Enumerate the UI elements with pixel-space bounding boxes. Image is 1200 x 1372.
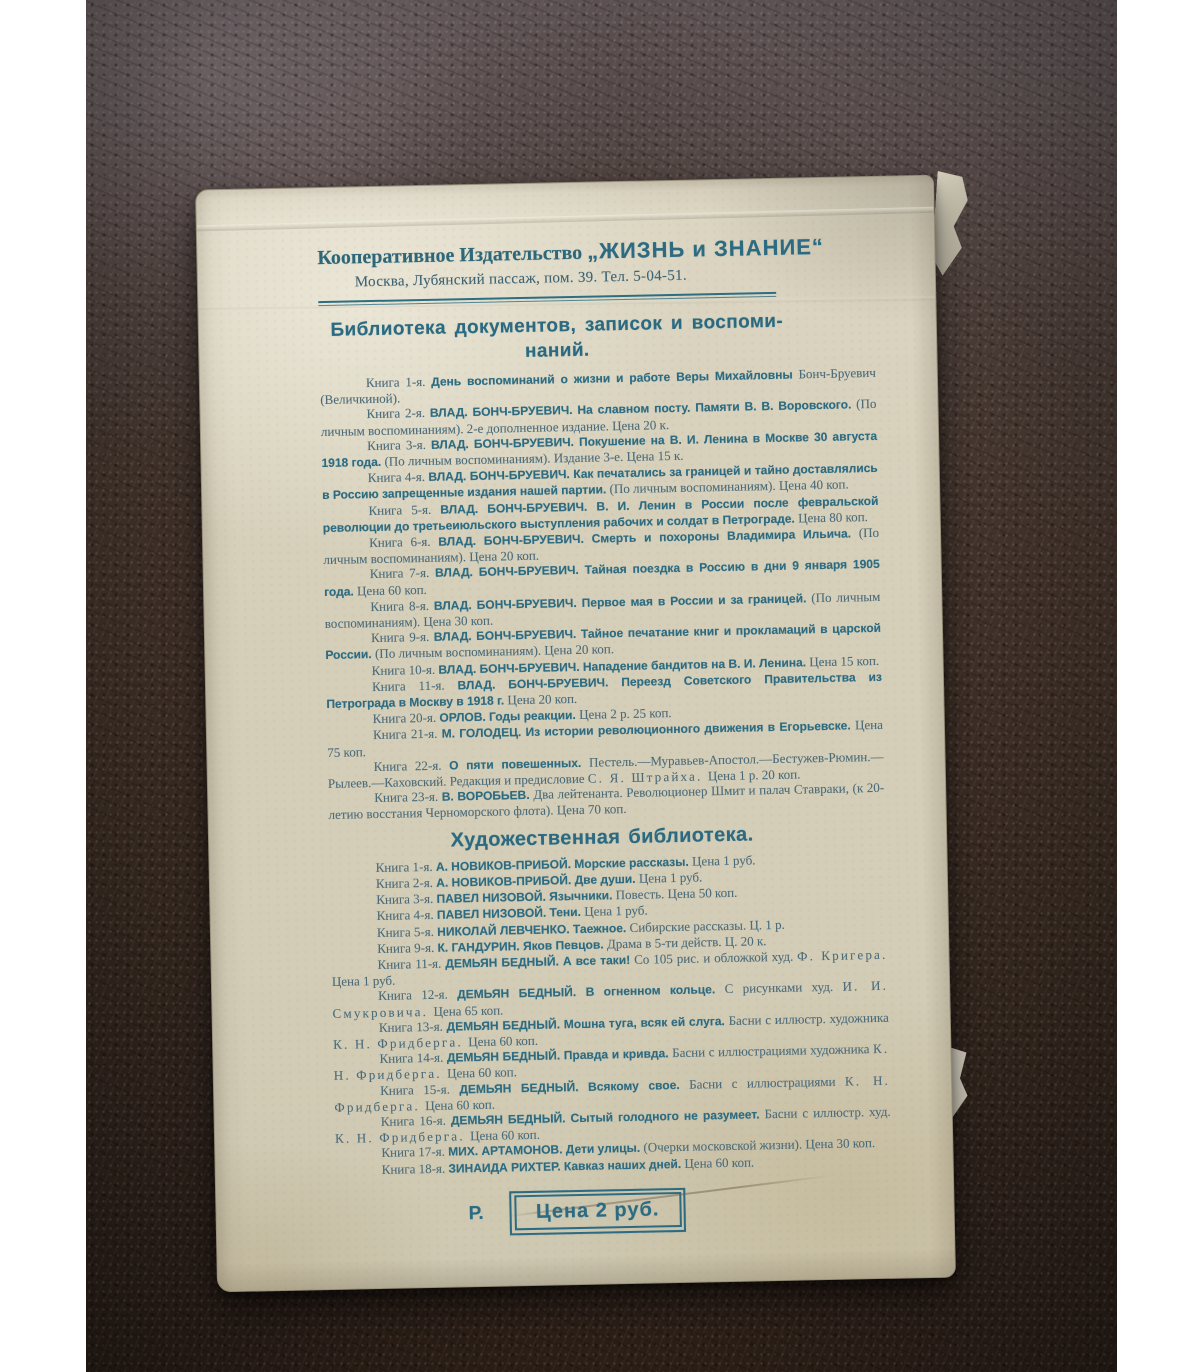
catalog-section: Библиотека документов, записок и воспоми… bbox=[319, 307, 885, 823]
divider-rule bbox=[318, 292, 776, 306]
entry-segment: Яков Певцов. bbox=[523, 937, 607, 953]
entry-segment: Книга 15-я. bbox=[380, 1081, 460, 1098]
entry-segment: Книга 3-я. bbox=[367, 437, 431, 453]
section-title-line: Художественная библиотека. bbox=[329, 820, 875, 855]
entry-segment: Книга 5-я. bbox=[368, 501, 440, 517]
entry-segment: Первое мая в России и за границей. bbox=[582, 591, 812, 610]
entry-segment: Цена 60 коп. bbox=[470, 1127, 540, 1143]
entry-segment: Книга 22-я. bbox=[373, 757, 449, 774]
entry-segment: Всякому свое. bbox=[588, 1077, 689, 1093]
entry-segment: Таежное. bbox=[573, 920, 630, 935]
entry-segment: ВЛАД. БОНЧ-БРУЕВИЧ. bbox=[457, 675, 621, 692]
entry-segment: Басни с иллюстр. худ. bbox=[764, 1104, 890, 1122]
entry-segment: Две души. bbox=[575, 872, 640, 887]
entry-segment: Книга 4-я. bbox=[376, 907, 437, 923]
entry-segment: ДЕМЬЯН БЕДНЫЙ. bbox=[447, 1048, 564, 1064]
entry-segment: На славном посту. Памяти В. В. Воровског… bbox=[577, 398, 856, 418]
entry-segment: Цена 80 коп. bbox=[798, 509, 868, 525]
price-box-label: Цена 2 руб. bbox=[536, 1199, 660, 1224]
entry-segment: Книга 2-я. bbox=[366, 405, 430, 421]
entry-segment: Книга 23-я. bbox=[374, 789, 442, 805]
entry-segment: В. ВОРОБЬЕВ. bbox=[442, 788, 534, 804]
page-crease bbox=[197, 207, 934, 232]
catalog-section: Художественная библиотека.Книга 1-я. А. … bbox=[329, 819, 892, 1178]
entry-segment: ВЛАД. БОНЧ-БРУЕВИЧ. bbox=[431, 435, 579, 452]
entry-segment: ВЛАД. БОНЧ-БРУЕВИЧ. bbox=[434, 627, 581, 644]
entry-segment: Книга 7-я. bbox=[370, 565, 436, 581]
entry-segment: Цена 1 руб. bbox=[584, 903, 648, 919]
entry-segment: Книга 5-я. bbox=[377, 923, 438, 939]
entry-segment: Цена 1 р. 20 коп. bbox=[708, 767, 801, 784]
entry-segment: Книга 18-я. bbox=[382, 1160, 449, 1176]
entry-segment: Драма в 5-ти действ. Ц. 20 к. bbox=[607, 933, 767, 951]
entry-segment: Книга 9-я. bbox=[371, 629, 434, 645]
entry-segment: Книга 3-я. bbox=[376, 891, 437, 907]
entry-segment: Морские рассказы. bbox=[574, 854, 692, 870]
entry-segment: Цена 2 р. 25 коп. bbox=[579, 705, 672, 722]
entry-segment: ДЕМЬЯН БЕДНЫЙ. bbox=[446, 1017, 563, 1033]
price-box: Цена 2 руб. bbox=[509, 1188, 686, 1236]
entry-segment: Книга 11-я. bbox=[377, 956, 445, 972]
photo-canvas: Кооперативное Издательство „ЖИЗНЬ и ЗНАН… bbox=[0, 0, 1200, 1372]
entry-segment: Книга 17-я. bbox=[381, 1144, 448, 1160]
entry-segment: ВЛАД. БОНЧ-БРУЕВИЧ. bbox=[434, 596, 582, 613]
entry-segment: С рисунками худ. bbox=[724, 979, 842, 996]
entry-segment: Книга 6-я. bbox=[369, 534, 438, 550]
entry-segment: Мошна туга, всяк ей слуга. bbox=[564, 1014, 729, 1031]
entry-segment: О пяти повешенных. bbox=[449, 756, 589, 773]
entry-segment: Басни с иллюстрациями художника bbox=[672, 1041, 873, 1060]
entry-segment: М. ГОЛОДЕЦ. bbox=[442, 725, 526, 741]
entry-segment: Цена 1 руб. bbox=[332, 973, 396, 989]
printed-content: Кооперативное Издательство „ЖИЗНЬ и ЗНАН… bbox=[317, 233, 893, 1239]
entry-segment: Повесть. Цена 50 коп. bbox=[616, 885, 738, 902]
torn-corner-flap bbox=[930, 171, 969, 277]
entry-segment: ДЕМЬЯН БЕДНЫЙ. bbox=[457, 985, 586, 1002]
entry-segment: Книга 10-я. bbox=[372, 661, 439, 677]
entry-segment: Книга 13-я. bbox=[379, 1018, 447, 1034]
leather-background: Кооперативное Издательство „ЖИЗНЬ и ЗНАН… bbox=[86, 0, 1117, 1372]
entry-segment: ВЛАД. БОНЧ-БРУЕВИЧ. bbox=[435, 563, 585, 580]
entry-segment: А. НОВИКОВ-ПРИБОЙ. bbox=[436, 857, 575, 874]
entry-segment: ВЛАД. БОНЧ-БРУЕВИЧ. bbox=[428, 467, 573, 484]
entry-segment: ОРЛОВ. bbox=[439, 710, 489, 725]
entry-segment: Цена 60 коп. bbox=[684, 1154, 754, 1170]
entry-segment: (Очерки московской жизни). Цена 30 коп. bbox=[643, 1135, 875, 1155]
entry-segment: Цена 60 коп. bbox=[447, 1065, 517, 1081]
entry-segment: Книга 2-я. bbox=[376, 875, 437, 891]
entry-segment: Смерть и похороны Владимира Ильича. bbox=[591, 526, 858, 545]
entry-segment: Басни с иллюстр. художника bbox=[728, 1009, 888, 1027]
entry-segment: Книга 4-я. bbox=[368, 469, 429, 485]
entry-segment: ВЛАД. БОНЧ-БРУЕВИЧ. bbox=[440, 499, 596, 516]
entry-segment: Язычники. bbox=[549, 888, 616, 903]
entry-segment: Книга 12-я. bbox=[378, 987, 457, 1004]
catalog: Библиотека документов, записок и воспоми… bbox=[319, 307, 892, 1179]
entry-segment: Цена 60 коп. bbox=[425, 1096, 495, 1112]
entry-segment: ВЛАД. БОНЧ-БРУЕВИЧ. bbox=[438, 659, 583, 676]
entry-segment: Сибирские рассказы. Ц. 1 р. bbox=[629, 916, 785, 934]
entry-segment: День воспоминаний о жизни и работе Веры … bbox=[431, 367, 799, 388]
entry-segment: ПАВЕЛ НИЗОВОЙ. bbox=[437, 906, 550, 922]
entry-segment: Басни с иллюстрациями bbox=[689, 1073, 845, 1091]
entry-segment: Со 105 рис. и обложкой худ. bbox=[634, 949, 797, 967]
entry-segment: ДЕМЬЯН БЕДНЫЙ. bbox=[445, 954, 563, 970]
entry-segment: А все таки! bbox=[563, 953, 634, 968]
publisher-name: Кооперативное Издательство „ЖИЗНЬ и ЗНАН… bbox=[317, 234, 798, 271]
entry-segment: К. ГАНДУРИН. bbox=[437, 939, 523, 955]
entry-segment: Цена 60 коп. bbox=[357, 582, 427, 598]
price-prefix: Р. bbox=[468, 1203, 484, 1225]
entry-segment: Ф. Кригера. bbox=[797, 947, 888, 964]
entry-segment: Книга 14-я. bbox=[379, 1050, 447, 1066]
entry-segment: ПАВЕЛ НИЗОВОЙ. bbox=[436, 890, 549, 906]
entry-segment: ДЕМЬЯН БЕДНЫЙ. bbox=[451, 1111, 571, 1127]
entry-segment: Книга 9-я. bbox=[377, 940, 438, 956]
entry-segment: Цена 65 коп. bbox=[433, 1002, 503, 1018]
entry-segment: Правда и кривда. bbox=[564, 1046, 673, 1062]
entry-segment: Книга 1-я. bbox=[366, 374, 432, 390]
entry-segment: НИКОЛАЙ ЛЕВЧЕНКО. bbox=[437, 922, 573, 939]
publisher-brand: „ЖИЗНЬ и ЗНАНИЕ“ bbox=[587, 234, 824, 264]
book-back-cover: Кооперативное Издательство „ЖИЗНЬ и ЗНАН… bbox=[195, 175, 956, 1293]
entry-segment: Тени. bbox=[549, 905, 584, 920]
entry-segment: Книга 8-я. bbox=[370, 598, 434, 614]
entry-segment: Цена 1 руб. bbox=[639, 869, 703, 885]
entry-segment: Дети улицы. bbox=[566, 1141, 644, 1157]
section-title: Художественная библиотека. bbox=[329, 820, 875, 855]
entry-segment: Книга 21-я. bbox=[373, 726, 442, 742]
entry-segment: Годы реакции. bbox=[489, 708, 579, 724]
entry-segment: Книга 1-я. bbox=[375, 859, 436, 875]
entry-segment: В огненном кольце. bbox=[585, 982, 724, 999]
entry-segment: Цена 60 коп. bbox=[468, 1033, 538, 1049]
entry-segment: Книга 20-я. bbox=[373, 710, 440, 726]
entry-segment: Цена 15 коп. bbox=[809, 653, 879, 669]
entry-segment: Книга 11-я. bbox=[372, 677, 458, 694]
publisher-address: Москва, Лубянский пассаж, пом. 39. Тел. … bbox=[318, 267, 724, 292]
entry-segment: А. НОВИКОВ-ПРИБОЙ. bbox=[436, 873, 575, 890]
entry-segment: ДЕМЬЯН БЕДНЫЙ. bbox=[459, 1079, 588, 1096]
entry-segment: Цена 20 коп. bbox=[507, 691, 577, 707]
price-row: Р. Цена 2 руб. bbox=[336, 1183, 893, 1238]
entry-segment: ВЛАД. БОНЧ-БРУЕВИЧ. bbox=[430, 403, 578, 420]
entry-segment: Кавказ наших дней. bbox=[564, 1156, 685, 1172]
entry-segment: ВЛАД. БОНЧ-БРУЕВИЧ. bbox=[438, 532, 592, 549]
section-title: Библиотека документов, записок и воспоми… bbox=[319, 309, 796, 369]
entry-segment: Цена 1 руб. bbox=[692, 852, 756, 868]
publisher-name-text: Кооперативное Издательство bbox=[317, 242, 582, 269]
entry-segment: МИХ. АРТАМОНОВ. bbox=[448, 1143, 566, 1159]
entry-segment: Сытый голодного не разумеет. bbox=[570, 1107, 764, 1125]
entry-segment: Книга 16-я. bbox=[381, 1113, 451, 1129]
entry-segment: ЗИНАИДА РИХТЕР. bbox=[448, 1159, 564, 1175]
